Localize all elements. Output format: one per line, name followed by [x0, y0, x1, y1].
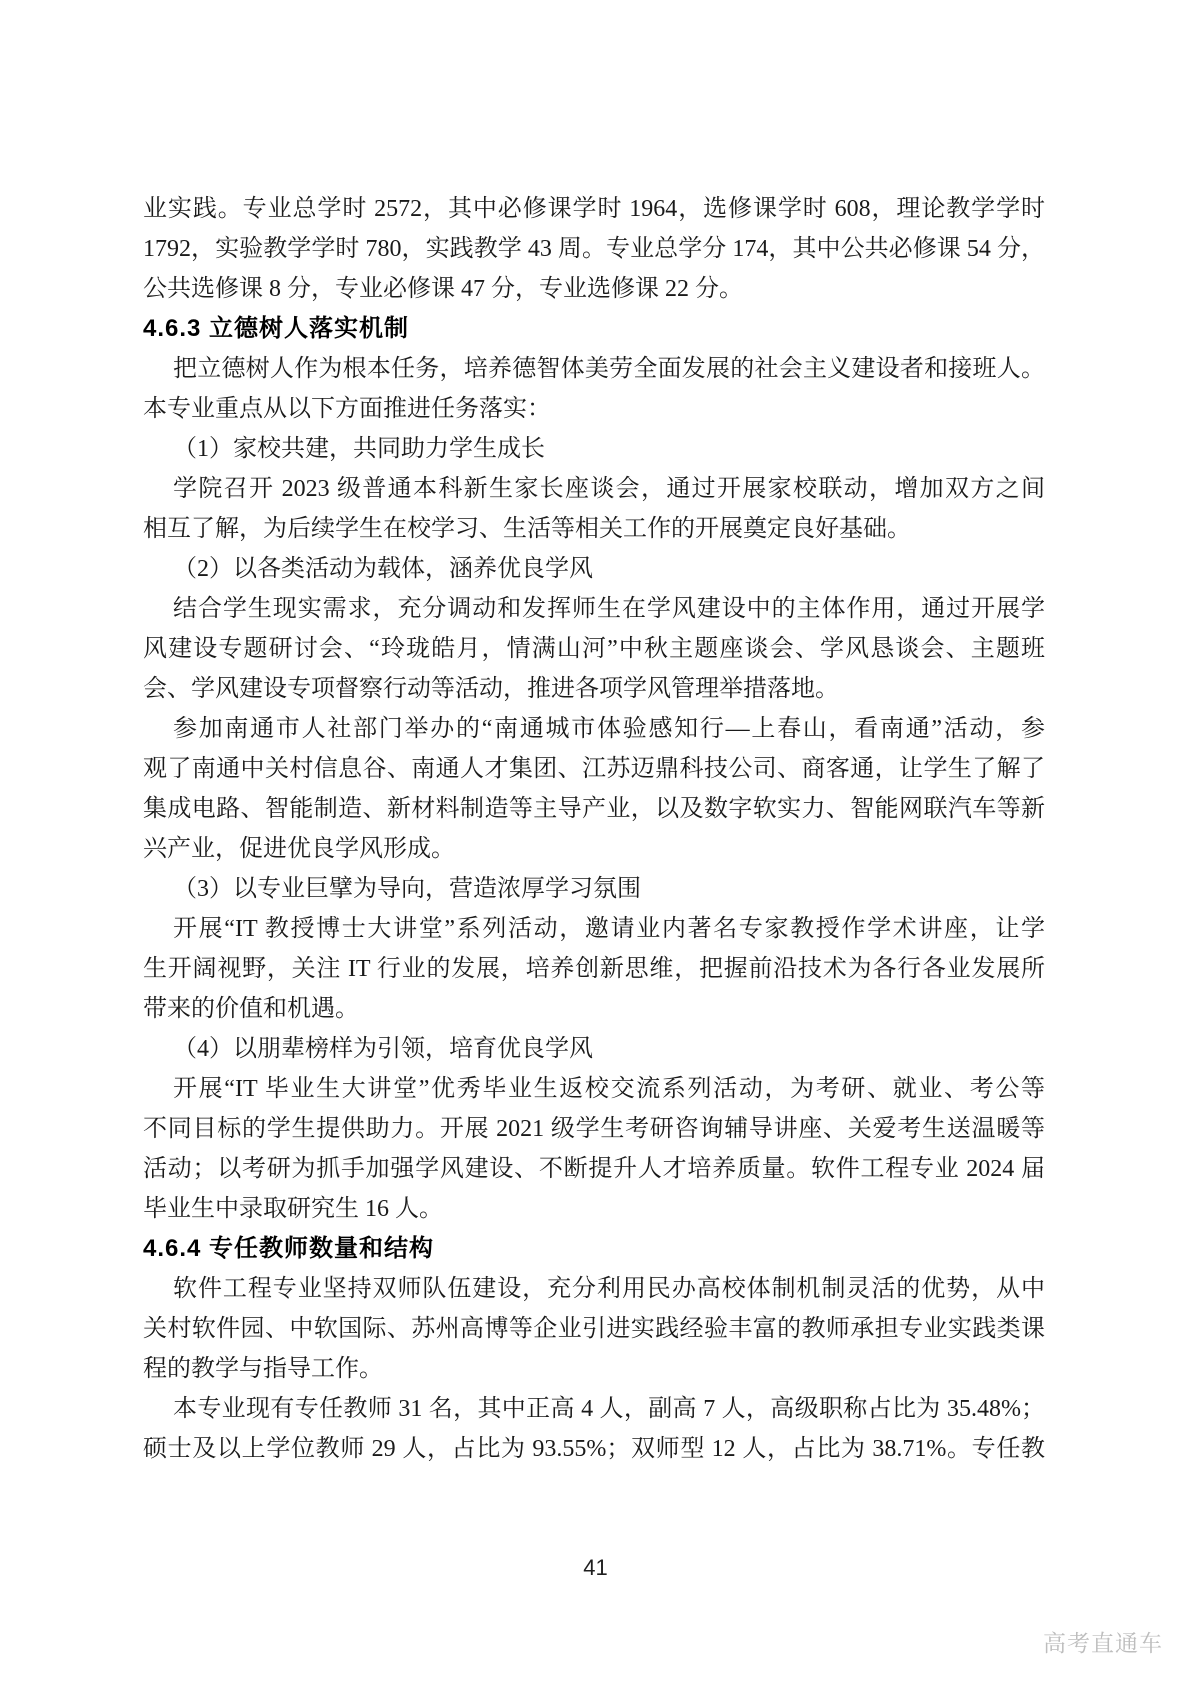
text-line: 集成电路、智能制造、新材料制造等主导产业，以及数字软实力、智能网联汽车等新 — [143, 789, 1045, 829]
text-line: 兴产业，促进优良学风形成。 — [143, 829, 1045, 869]
watermark: 高考直通车 — [1043, 1628, 1163, 1658]
text-line: 开展“IT 教授博士大讲堂”系列活动，邀请业内著名专家教授作学术讲座，让学 — [143, 909, 1045, 949]
text-line: 本专业现有专任教师 31 名，其中正高 4 人，副高 7 人，高级职称占比为 3… — [143, 1389, 1045, 1429]
text-line: 生开阔视野，关注 IT 行业的发展，培养创新思维，把握前沿技术为各行各业发展所 — [143, 949, 1045, 989]
text-line: 软件工程专业坚持双师队伍建设，充分利用民办高校体制机制灵活的优势，从中 — [143, 1269, 1045, 1309]
text-line: 会、学风建设专项督察行动等活动，推进各项学风管理举措落地。 — [143, 669, 1045, 709]
text-line: （4）以朋辈榜样为引领，培育优良学风 — [143, 1029, 1045, 1069]
text-line: 毕业生中录取研究生 16 人。 — [143, 1189, 1045, 1229]
text-line: 参加南通市人社部门举办的“南通城市体验感知行—上春山，看南通”活动，参 — [143, 709, 1045, 749]
text-line: 关村软件园、中软国际、苏州高博等企业引进实践经验丰富的教师承担专业实践类课 — [143, 1309, 1045, 1349]
text-line: 活动；以考研为抓手加强学风建设、不断提升人才培养质量。软件工程专业 2024 届 — [143, 1149, 1045, 1189]
text-line: 硕士及以上学位教师 29 人，占比为 93.55%；双师型 12 人，占比为 3… — [143, 1429, 1045, 1469]
section-heading: 4.6.4 专任教师数量和结构 — [143, 1229, 1045, 1269]
text-line: 学院召开 2023 级普通本科新生家长座谈会，通过开展家校联动，增加双方之间 — [143, 469, 1045, 509]
text-line: 风建设专题研讨会、“玲珑皓月，情满山河”中秋主题座谈会、学风恳谈会、主题班 — [143, 629, 1045, 669]
text-line: （3）以专业巨擘为导向，营造浓厚学习氛围 — [143, 869, 1045, 909]
text-line: 本专业重点从以下方面推进任务落实： — [143, 389, 1045, 429]
text-line: 带来的价值和机遇。 — [143, 989, 1045, 1029]
text-line: （2）以各类活动为载体，涵养优良学风 — [143, 549, 1045, 589]
text-line: 业实践。专业总学时 2572，其中必修课学时 1964，选修课学时 608，理论… — [143, 189, 1045, 229]
text-line: 把立德树人作为根本任务，培养德智体美劳全面发展的社会主义建设者和接班人。 — [143, 349, 1045, 389]
text-line: 观了南通中关村信息谷、南通人才集团、江苏迈鼎科技公司、商客通，让学生了解了 — [143, 749, 1045, 789]
text-line: 结合学生现实需求，充分调动和发挥师生在学风建设中的主体作用，通过开展学 — [143, 589, 1045, 629]
document-body: 业实践。专业总学时 2572，其中必修课学时 1964，选修课学时 608，理论… — [143, 189, 1045, 1469]
text-line: 开展“IT 毕业生大讲堂”优秀毕业生返校交流系列活动，为考研、就业、考公等 — [143, 1069, 1045, 1109]
text-line: 不同目标的学生提供助力。开展 2021 级学生考研咨询辅导讲座、关爱考生送温暖等 — [143, 1109, 1045, 1149]
text-line: （1）家校共建，共同助力学生成长 — [143, 429, 1045, 469]
text-line: 程的教学与指导工作。 — [143, 1349, 1045, 1389]
document-page: 业实践。专业总学时 2572，其中必修课学时 1964，选修课学时 608，理论… — [0, 0, 1191, 1684]
page-number: 41 — [0, 1552, 1191, 1584]
text-line: 1792，实验教学学时 780，实践教学 43 周。专业总学分 174，其中公共… — [143, 229, 1045, 269]
section-heading: 4.6.3 立德树人落实机制 — [143, 309, 1045, 349]
text-line: 相互了解，为后续学生在校学习、生活等相关工作的开展奠定良好基础。 — [143, 509, 1045, 549]
text-line: 公共选修课 8 分，专业必修课 47 分，专业选修课 22 分。 — [143, 269, 1045, 309]
